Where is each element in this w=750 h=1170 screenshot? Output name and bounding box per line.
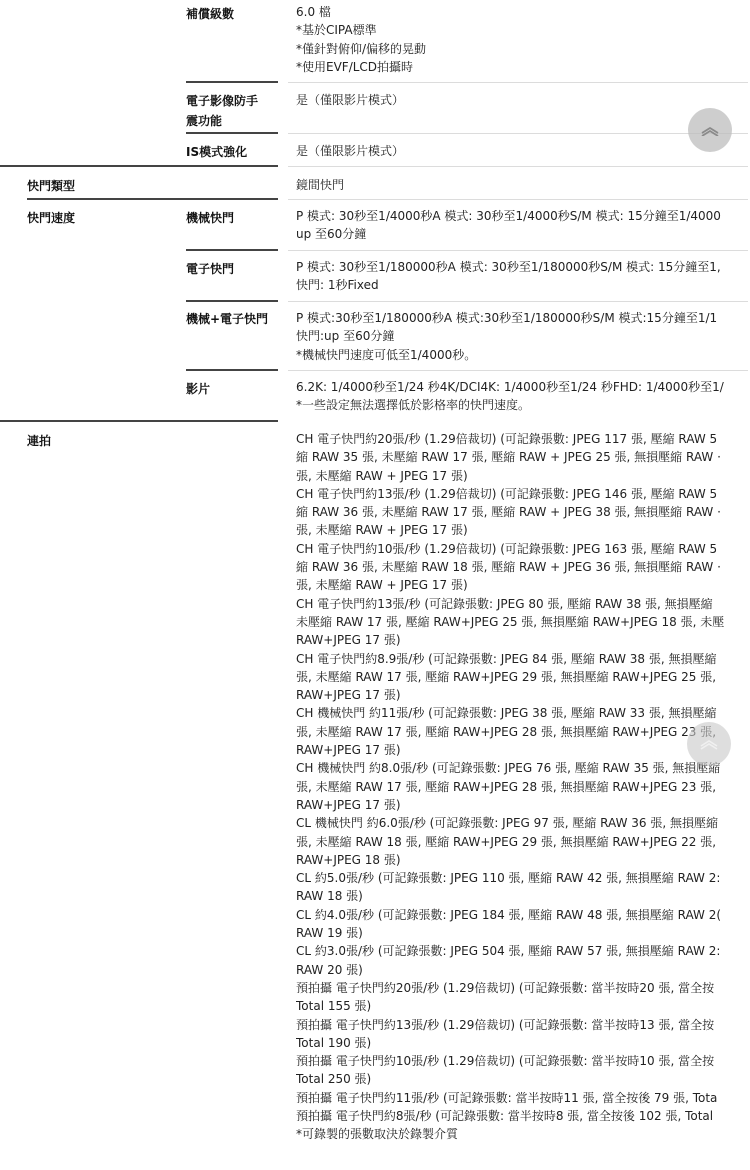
- divider: [288, 199, 748, 200]
- row-value: P 模式:30秒至1/180000秒A 模式:30秒至1/180000秒S/M …: [296, 309, 750, 364]
- row-category: 快門類型: [27, 177, 75, 194]
- row-subcategory: IS模式強化: [186, 143, 247, 160]
- double-chevron-up-icon: [698, 738, 720, 750]
- row-value: 6.2K: 1/4000秒至1/24 秒4K/DCI4K: 1/4000秒至1/…: [296, 378, 750, 415]
- row-category: 快門速度: [27, 209, 75, 226]
- row-value: 是（僅限影片模式）: [296, 91, 750, 109]
- row-subcategory: 機械+電子快門: [186, 310, 268, 327]
- divider: [186, 132, 278, 134]
- divider: [186, 369, 278, 371]
- divider: [288, 250, 748, 251]
- row-value: 是（僅限影片模式）: [296, 142, 750, 160]
- row-value: P 模式: 30秒至1/180000秒A 模式: 30秒至1/180000秒S/…: [296, 258, 750, 295]
- row-subcategory: 影片: [186, 380, 210, 397]
- divider: [0, 420, 278, 422]
- divider: [186, 300, 278, 302]
- row-subcategory: 機械快門: [186, 209, 234, 226]
- divider: [288, 166, 748, 167]
- divider: [288, 301, 748, 302]
- row-subcategory: 補償級數: [186, 5, 234, 22]
- row-value: 鏡間快門: [296, 176, 750, 194]
- row-value: P 模式: 30秒至1/4000秒A 模式: 30秒至1/4000秒S/M 模式…: [296, 207, 750, 244]
- row-subcategory: 電子影像防手 震功能: [186, 91, 258, 131]
- divider: [288, 133, 748, 134]
- row-value: 6.0 檔 *基於CIPA標準 *僅針對俯仰/偏移的晃動 *使用EVF/LCD拍…: [296, 3, 750, 76]
- row-value: CH 電子快門約20張/秒 (1.29倍裁切) (可記錄張數: JPEG 117…: [296, 430, 750, 1144]
- scroll-to-top-button[interactable]: [688, 108, 732, 152]
- divider: [27, 198, 278, 200]
- divider: [0, 165, 278, 167]
- divider: [288, 82, 748, 83]
- divider: [186, 249, 278, 251]
- divider: [186, 81, 278, 83]
- divider: [288, 370, 748, 371]
- row-category: 連拍: [27, 432, 51, 449]
- double-chevron-up-icon: [699, 124, 721, 136]
- row-subcategory: 電子快門: [186, 260, 234, 277]
- scroll-to-top-button[interactable]: [687, 722, 731, 766]
